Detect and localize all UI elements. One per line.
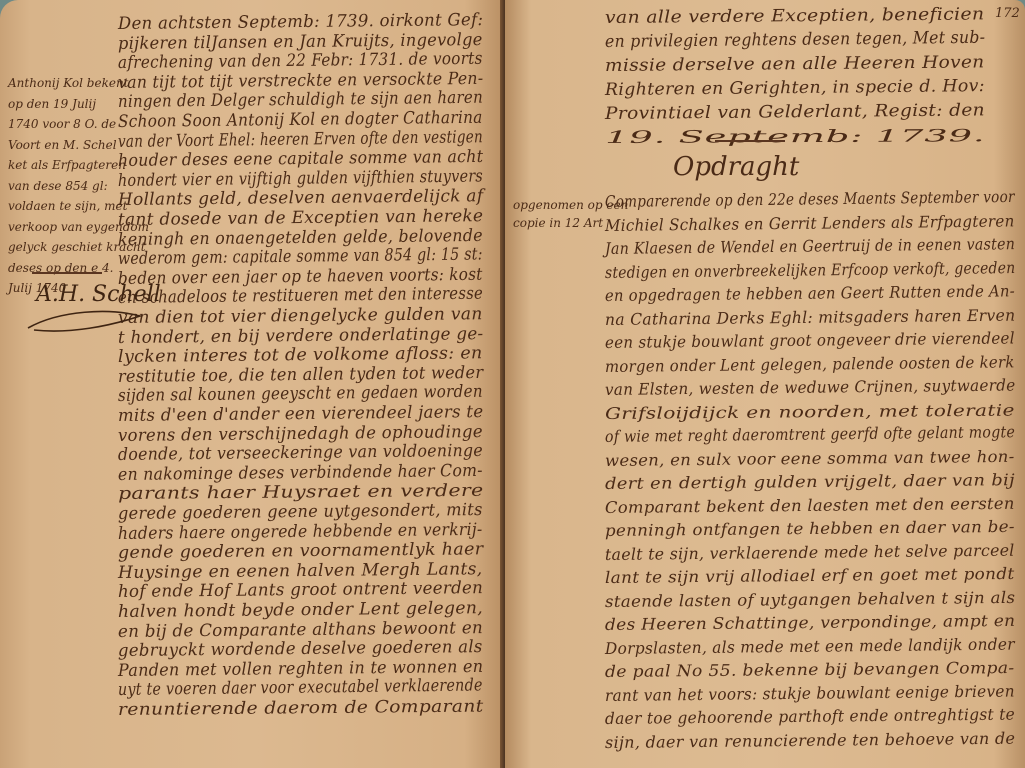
margin-note-line: Anthonij Kol bekent: [8, 76, 129, 90]
right-manuscript-page: 172 van alle verdere Exceptien, benefici…: [505, 0, 1025, 768]
manuscript-line: van Elsten, westen de weduwe Crijnen, su…: [605, 375, 1016, 399]
margin-note-line: verkoop van eygendom: [8, 220, 149, 234]
manuscript-line: 19. Septemb: 1739.: [605, 126, 986, 148]
manuscript-line: of wie met reght daeromtrent geerfd ofte…: [605, 422, 1015, 446]
manuscript-line: penningh ontfangen te hebben en daer van…: [605, 517, 1015, 540]
margin-note-line: ket als Erfpagteren: [8, 158, 126, 172]
manuscript-line: en opgedragen te hebben aen Geert Rutten…: [605, 281, 1015, 305]
manuscript-line: de paal No 55. bekenne bij bevangen Comp…: [605, 658, 1015, 681]
manuscript-line: een stukje bouwlant groot ongeveer drie …: [605, 328, 1015, 352]
manuscript-line: en privilegien reghtens desen tegen, Met…: [605, 28, 985, 52]
manuscript-line: van alle verdere Exceptien, beneficien: [605, 4, 985, 28]
manuscript-line: rant van het voors: stukje bouwlant eeni…: [605, 681, 1015, 704]
margin-note-underline: [32, 272, 102, 274]
margin-note-line: gelyck geschiet kracht: [8, 240, 146, 254]
manuscript-line: Jan Klaesen de Wendel en Geertruij de in…: [605, 234, 1015, 258]
manuscript-line: Grifsloijdijck en noorden, met toleratie: [605, 400, 1015, 422]
manuscript-line: Comparant bekent den laesten met den eer…: [605, 493, 1015, 516]
manuscript-line: lant te sijn vrij allodiael erf en goet …: [605, 564, 1015, 587]
manuscript-line: daer toe gehoorende parthoft ende ontreg…: [605, 705, 1015, 728]
manuscript-line: dert en dertigh gulden vrijgelt, daer va…: [605, 470, 1015, 493]
left-manuscript-page: Den achtsten Septemb: 1739. oirkont Gef:…: [0, 0, 505, 768]
manuscript-line: Righteren en Gerighten, in specie d. Hov…: [605, 76, 985, 100]
manuscript-line: taelt te sijn, verklaerende mede het sel…: [605, 540, 1015, 563]
manuscript-line: Provintiael van Gelderlant, Regist: den: [605, 100, 985, 124]
manuscript-line: na Catharina Derks Eghl: mitsgaders hare…: [605, 305, 1016, 328]
manuscript-line: Michiel Schalkes en Gerrit Lenders als E…: [605, 211, 1015, 235]
manuscript-line: renuntierende daerom de Comparant: [118, 697, 484, 720]
manuscript-line: stedigen en onverbreekelijken Erfcoop ve…: [605, 258, 1016, 282]
manuscript-line: missie derselve aen alle Heeren Hoven: [605, 52, 985, 76]
manuscript-line: des Heeren Schattinge, verpondinge, ampt…: [605, 611, 1016, 634]
date-underline: [715, 140, 785, 142]
margin-note-line: op den 19 Julij: [8, 97, 96, 111]
margin-note-line: van dese 854 gl:: [8, 179, 108, 193]
manuscript-line: morgen onder Lent gelegen, palende ooste…: [605, 352, 1015, 376]
manuscript-line: staende lasten of uytgangen behalven t s…: [605, 587, 1015, 610]
section-heading: Opdraght: [673, 152, 799, 182]
margin-note-line: 1740 voor 8 O. de: [8, 117, 116, 131]
margin-note-line: voldaen te sijn, met: [8, 199, 127, 213]
margin-note-line: Voort en M. Schel: [8, 138, 117, 152]
manuscript-line: sijn, daer van renuncierende ten behoeve…: [605, 728, 1015, 751]
signature-flourish-icon: [20, 300, 150, 340]
manuscript-line: Comparerende op den 22e deses Maents Sep…: [605, 187, 1015, 211]
manuscript-line: wesen, en sulx voor eene somma van twee …: [605, 446, 1015, 469]
manuscript-line: Dorpslasten, als mede met een mede landi…: [605, 634, 1015, 657]
margin-note-line: copie in 12 Art: [513, 216, 603, 230]
page-number: 172: [995, 6, 1020, 21]
